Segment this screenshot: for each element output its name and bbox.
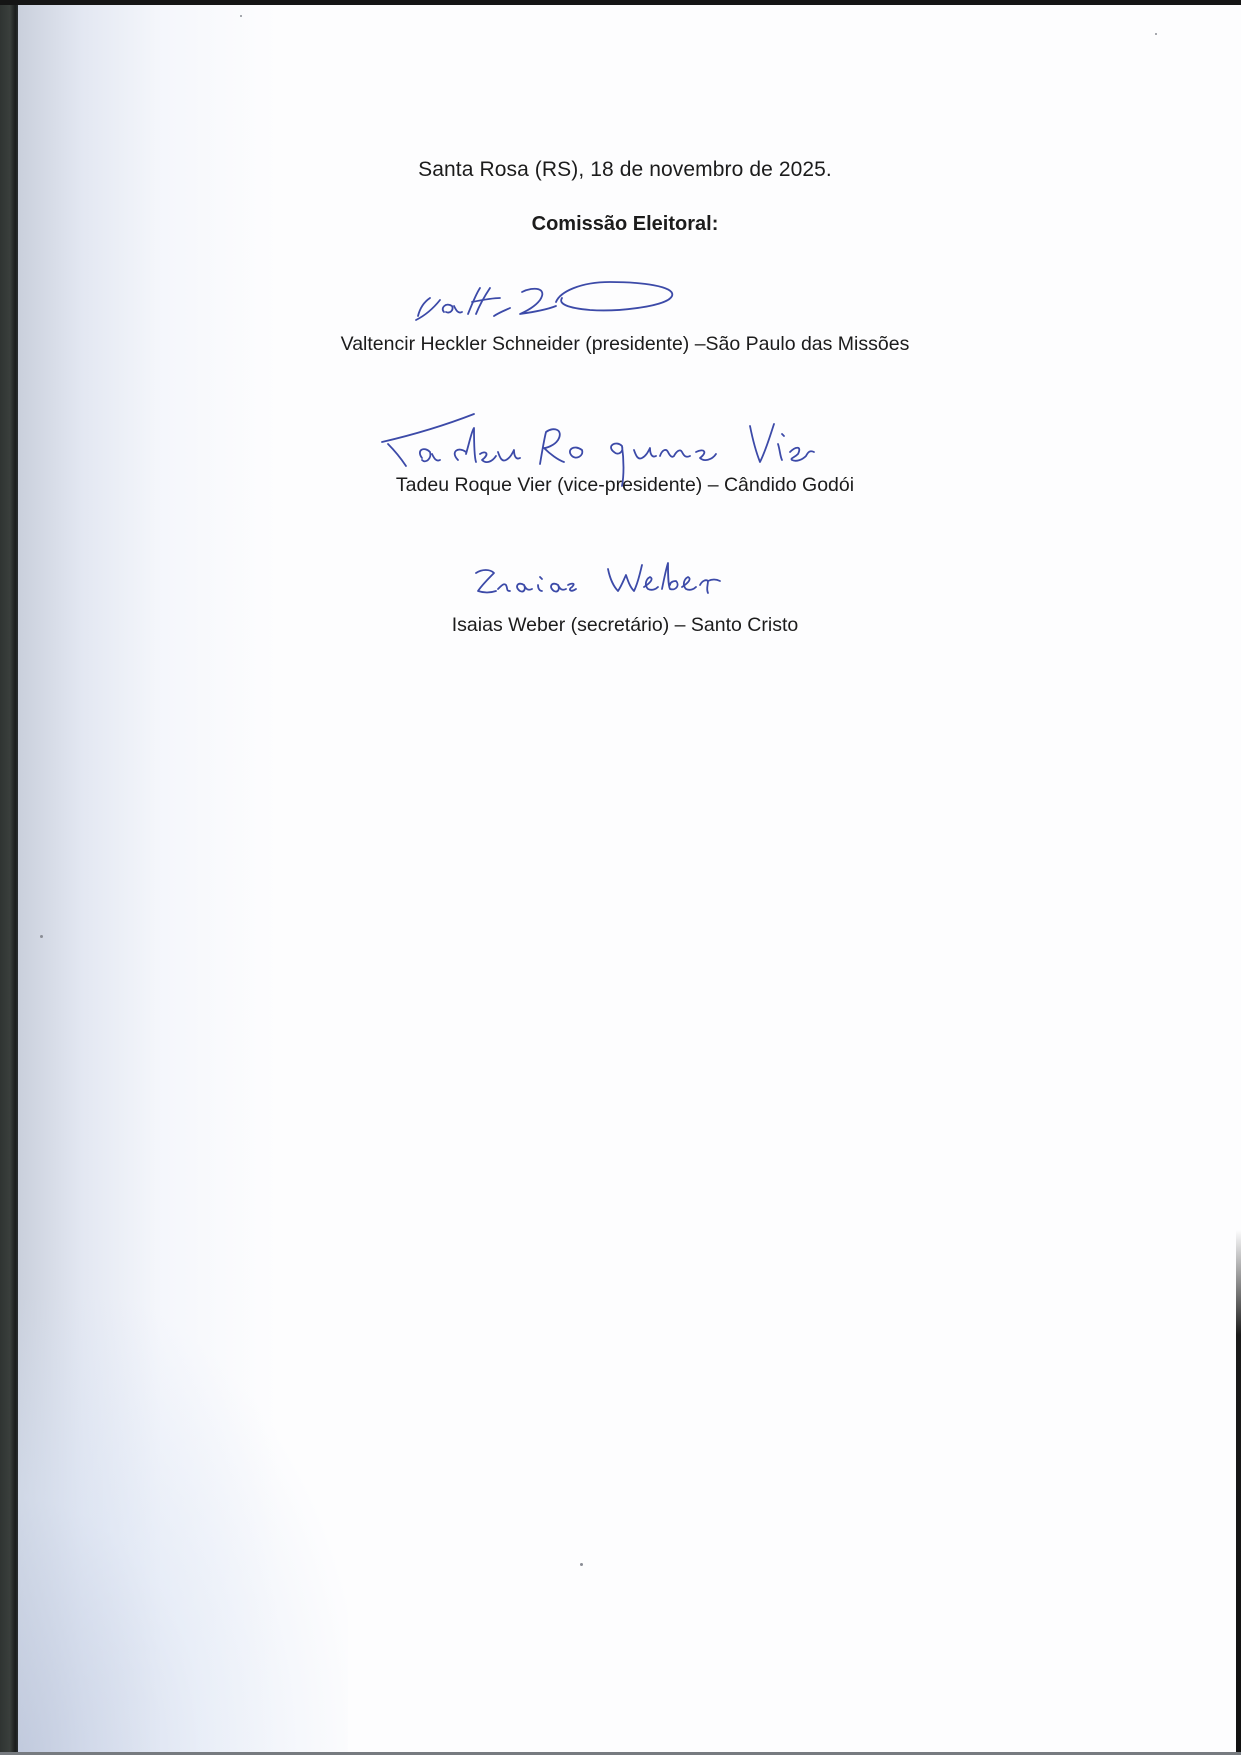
signer-name-line: Isaias Weber (secretário) – Santo Cristo [0, 614, 1241, 637]
signer-name-line: Tadeu Roque Vier (vice-presidente) – Cân… [0, 474, 1241, 497]
signature-isaias [468, 555, 738, 615]
scan-left-edge [0, 0, 18, 1755]
signer-name-line: Valtencir Heckler Schneider (presidente)… [0, 333, 1241, 356]
scan-top-edge [0, 0, 1241, 5]
place-date: Santa Rosa (RS), 18 de novembro de 2025. [0, 158, 1241, 182]
signature-valtencir [410, 272, 690, 332]
scan-speck [580, 1563, 583, 1566]
scan-shadow-bottom [18, 1300, 348, 1755]
scan-right-edge [1236, 1230, 1241, 1755]
committee-title: Comissão Eleitoral: [0, 213, 1241, 236]
scan-speck [40, 935, 43, 938]
scan-speck [1155, 33, 1157, 35]
scan-speck [240, 15, 242, 17]
scan-shadow [18, 5, 278, 1755]
